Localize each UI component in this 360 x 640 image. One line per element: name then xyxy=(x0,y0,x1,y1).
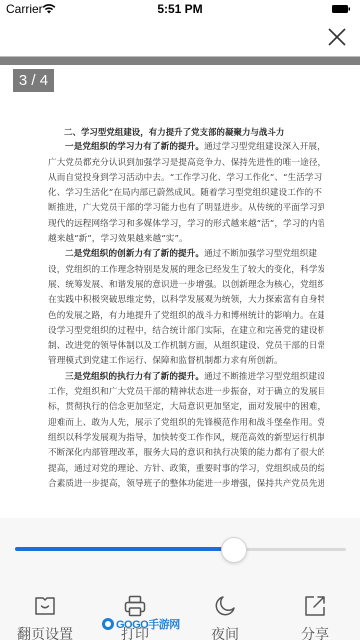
moon-icon xyxy=(213,594,237,618)
battery-icon xyxy=(332,5,350,13)
section-heading: 二、学习型党组建设，有力提升了党支部的凝聚力与战斗力 xyxy=(48,125,324,140)
bottom-toolbar: 翻页设置 打印 夜间 分享 xyxy=(0,594,360,640)
paragraph-line: 工作，党组织和广大党员干部的精神状态进一步振奋，对于确立的发展目 xyxy=(48,385,324,400)
night-mode-label: 夜间 xyxy=(180,624,270,640)
reader-control-panel: 翻页设置 打印 夜间 分享 xyxy=(0,518,360,640)
paragraph-line: 三是党组织的执行力有了新的提升。通过不断推进学习型党组织建设 xyxy=(48,370,324,385)
paragraph-lead: 二是党组织的创新力有了新的提升。 xyxy=(65,249,204,259)
share-icon xyxy=(303,594,327,618)
paragraph-line: 合素质进一步提高，领导班子的整体功能进一步增强，保持共产党员先进 xyxy=(48,477,324,492)
paragraph-line: 化、学习生活化”在局内部已蔚然成风。随着学习型党组织建设工作的不 xyxy=(48,186,324,201)
watermark-text: GOGO手游网 xyxy=(116,616,180,632)
status-bar: Carrier 5:51 PM xyxy=(0,0,360,20)
paragraph-line: 二是党组织的创新力有了新的提升。通过不断加强学习型党组织建 xyxy=(48,247,324,262)
page-turn-icon xyxy=(33,594,57,618)
page-indicator: 3 / 4 xyxy=(13,69,54,92)
share-button[interactable]: 分享 xyxy=(270,594,360,640)
printer-icon xyxy=(123,594,147,618)
page-turn-settings-label: 翻页设置 xyxy=(0,624,90,640)
paragraph-line: 提高，通过对党的理论、方针、政策，重要时事的学习，党组织成员的综 xyxy=(48,462,324,477)
paragraph-line: 设学习型党组织的过程中，结合统计部门实际，在建立和完善党的建设机 xyxy=(48,324,324,339)
close-icon xyxy=(324,24,350,50)
status-time: 5:51 PM xyxy=(0,2,360,16)
paragraph-lead: 三是党组织的执行力有了新的提升。 xyxy=(65,372,204,382)
page-turn-settings-button[interactable]: 翻页设置 xyxy=(0,594,90,640)
paragraph-line: 组织以科学发展观为指导，加快转变工作作风，规范高效的新型运行机制， xyxy=(48,431,324,446)
paragraph-line: 在实践中积极突破思维定势，以科学发展观为统领，大力探索富有自身特 xyxy=(48,293,324,308)
share-label: 分享 xyxy=(270,624,360,640)
paragraph-line: 色的发展之路，有力地提升了党组织的战斗力和博州统计的影响力。在建 xyxy=(48,309,324,324)
paragraph-line: 管理模式到党建工作运行、保障和监督机制都力求有所创新。 xyxy=(48,354,324,369)
paragraph-line: 制、改进党的领导体制以及工作机制方面，从组织建设、党员干部的日常 xyxy=(48,339,324,354)
paragraph-line: 从而自觉投身到学习活动中去。“工作学习化、学习工作化”、“生活学习 xyxy=(48,171,324,186)
nav-bar xyxy=(0,20,360,56)
watermark-logo-icon xyxy=(102,618,114,630)
paragraph-line: 迎难而上、敢为人先，展示了党组织的先锋模范作用和战斗堡垒作用。党 xyxy=(48,416,324,431)
close-button[interactable] xyxy=(324,24,350,50)
page-slider[interactable] xyxy=(15,537,346,563)
paragraph-line: 广大党员都充分认识到加强学习是提高竞争力、保持先进性的唯一途径， xyxy=(48,156,324,171)
paragraph-line: 不断深化内部管理改革，服务大局的意识和执行决策的能力都有了很大的 xyxy=(48,446,324,461)
slider-thumb[interactable] xyxy=(221,537,247,563)
paragraph-line: 现代的远程网络学习和多媒体学习，学习的形式越来越“活”，学习的内容 xyxy=(48,217,324,232)
night-mode-button[interactable]: 夜间 xyxy=(180,594,270,640)
paragraph-line: 一是党组织的学习力有了新的提升。通过学习型党组建设深入开展， xyxy=(48,140,324,155)
document-content: 二、学习型党组建设，有力提升了党支部的凝聚力与战斗力 一是党组织的学习力有了新的… xyxy=(48,125,324,492)
slider-fill xyxy=(15,547,234,551)
watermark: GOGO手游网 xyxy=(102,617,180,631)
paragraph-lead: 一是党组织的学习力有了新的提升。 xyxy=(65,142,204,152)
document-top-divider xyxy=(0,56,360,65)
paragraph-line: 断推进，广大党员干部的学习能力也有了明显进步。从传统的平面学习到 xyxy=(48,201,324,216)
paragraph-line: 标，贯彻执行的信念更加坚定，大局意识更加坚定，面对发展中的困难， xyxy=(48,400,324,415)
paragraph-line: 展、统筹发展、和谐发展的意识进一步增强。以创新理念为核心，党组织 xyxy=(48,278,324,293)
paragraph-line: 设，党组织的工作理念特别是发展的理念已经发生了较大的变化，科学发 xyxy=(48,263,324,278)
paragraph-line: 越来越“新”，学习效果越来越“实”。 xyxy=(48,232,324,247)
